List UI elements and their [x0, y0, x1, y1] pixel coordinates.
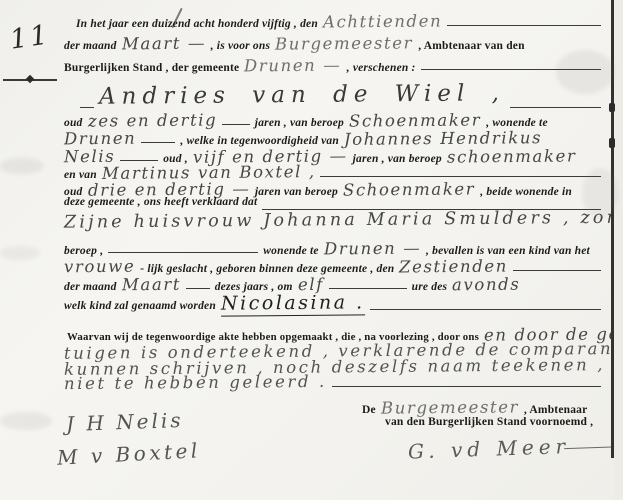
line-officiant-title-2: van den Burgerlijken Stand voornoemd , [385, 416, 593, 434]
paper-edge-strip [614, 0, 623, 500]
rule-line [222, 123, 250, 125]
handwritten-text: Schoenmaker [349, 110, 481, 130]
line-declarant-age-occupation: oudzes en dertigjaren , van beroepSchoen… [64, 111, 601, 129]
print-text: In het jaar een duizend acht honderd vij… [76, 18, 318, 30]
print-text: , bevallen is van een kind van het [426, 245, 590, 257]
line-witness-2-name: en vanMartinus van Boxtel , [64, 163, 601, 181]
print-text: deze gemeente , ons heeft verklaard dat [64, 196, 257, 208]
print-text: oud [64, 117, 83, 129]
handwritten-text: Zijne huisvrouw Johanna Maria Smulders ,… [64, 207, 623, 232]
handwritten-text: Zestienden [399, 257, 508, 277]
print-text: De [362, 404, 376, 416]
binding-ink-blob [609, 103, 615, 112]
ink-bleed-smudge [0, 246, 40, 260]
ink-bleed-smudge [0, 412, 52, 430]
rule-line [329, 287, 407, 289]
line-declarant-name: Andries van de Wiel , [80, 82, 601, 112]
handwritten-text: zes en dertig [87, 110, 216, 130]
ink-bleed-smudge [556, 50, 614, 94]
line-officiant-title-1: DeBurgemeester, Ambtenaar [362, 398, 587, 416]
line-birth-sex-date: vrouwe- lijk geslacht , geboren binnen d… [64, 257, 601, 275]
print-text: , verschenen : [347, 62, 416, 74]
handwritten-text: Drunen — [324, 239, 421, 259]
binding-ink-blob [609, 138, 615, 148]
document-page: 11 In het jaar een duizend acht honderd … [0, 0, 623, 500]
act-number: 11 [8, 19, 52, 55]
print-text: der maand [64, 40, 117, 52]
print-text: , welke in tegenwoordigheid van [180, 135, 339, 147]
rule-line [332, 385, 601, 387]
line-month-official: der maandMaart —, is voor onsBurgemeeste… [64, 34, 601, 52]
line-birth-time: der maandMaartdezes jaars , omelfure des… [64, 275, 601, 293]
print-text: , Ambtenaar van den [418, 40, 524, 52]
print-text: - lijk geslacht , geboren binnen deze ge… [140, 263, 394, 275]
handwritten-text: Drunen [64, 129, 137, 149]
print-text: , is voor ons [211, 40, 270, 52]
print-text: Burgerlijken Stand , der gemeente [64, 62, 239, 74]
line-witness-1-intro: Drunen, welke in tegenwoordigheid vanJoh… [64, 129, 601, 147]
print-text: beroep , [64, 245, 103, 257]
print-text: , Ambtenaar [524, 404, 588, 416]
rule-line [186, 287, 210, 289]
ink-bleed-smudge [0, 158, 44, 174]
handwritten-text: Burgemeester [381, 397, 519, 417]
line-municipality: Burgerlijken Stand , der gemeenteDrunen … [64, 56, 601, 74]
handwritten-text: Drunen — [244, 56, 341, 76]
print-text: jaren , van beroep [255, 117, 344, 129]
ink-bleed-smudge [582, 168, 618, 218]
margin-flourish [3, 76, 57, 83]
handwritten-text: Nicolasina . [221, 291, 365, 316]
handwritten-text: Achttienden [323, 11, 442, 31]
rule-line [141, 141, 175, 143]
handwritten-text: Maart — [122, 34, 206, 54]
rule-line [320, 175, 601, 177]
official-signature: G. vd Meer [408, 432, 617, 463]
witness-2-signature: M v Boxtel [56, 438, 201, 469]
rule-line [80, 106, 94, 108]
rule-line [447, 24, 601, 26]
line-child-name: welk kind zal genaamd wordenNicolasina . [64, 292, 601, 314]
line-year-day: In het jaar een duizend acht honderd vij… [76, 12, 601, 30]
line-birth-place: beroep ,wonende teDrunen —, bevallen is … [64, 239, 601, 257]
rule-line [513, 269, 601, 271]
handwritten-text: Johannes Hendrikus [344, 128, 542, 149]
rule-line [510, 106, 601, 108]
rule-line [370, 308, 601, 310]
line-closing-4: niet te hebben geleerd . [64, 373, 601, 391]
handwritten-text: vrouwe [64, 257, 135, 277]
witness-1-signature: J H Nelis [66, 408, 184, 436]
print-text: van den Burgerlijken Stand voornoemd , [385, 416, 593, 428]
print-text: wonende te [263, 245, 318, 257]
handwritten-text: niet te hebben geleerd . [64, 372, 327, 393]
handwritten-text: Burgemeester [275, 33, 413, 53]
flourish-diamond [26, 75, 34, 83]
handwritten-text: Andries van de Wiel , [99, 80, 505, 110]
line-mother-name: Zijne huisvrouw Johanna Maria Smulders ,… [64, 210, 601, 228]
rule-line [108, 251, 258, 253]
print-text: welk kind zal genaamd worden [64, 300, 216, 312]
rule-line [120, 159, 158, 161]
